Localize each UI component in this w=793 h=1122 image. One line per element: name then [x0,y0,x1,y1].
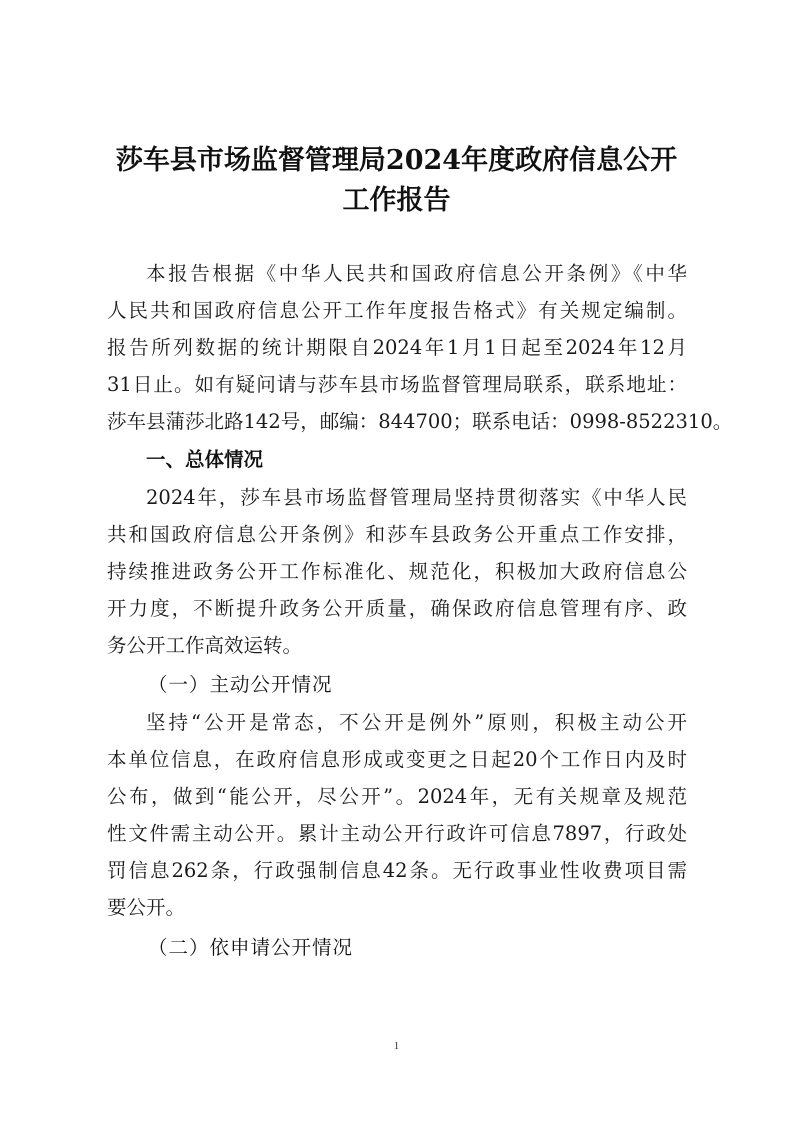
subsection-heading-proactive-disclosure: （一）主动公开情况 [148,672,333,698]
intro-line: 31日止。如有疑问请与莎车县市场监督管理局联系，联系地址： [107,372,687,398]
overview-line: 持续推进政务公开工作标准化、规范化，积极加大政府信息公 [107,559,687,585]
overview-line: 务公开工作高效运转。 [107,633,687,659]
proactive-line: 性文件需主动公开。累计主动公开行政许可信息7897，行政处 [107,821,687,847]
section-heading-overview: 一、总体情况 [146,447,263,473]
subsection-heading-request-disclosure: （二）依申请公开情况 [148,935,353,961]
document-page: 莎车县市场监督管理局2024年度政府信息公开 工作报告 本报告根据《中华人民共和… [0,0,793,1122]
overview-line: 共和国政府信息公开条例》和莎车县政务公开重点工作安排， [107,522,687,548]
overview-line: 2024年，莎车县市场监督管理局坚持贯彻落实《中华人民 [146,485,687,511]
proactive-line: 要公开。 [107,895,687,921]
document-title-line-2: 工作报告 [0,180,793,222]
page-number: 1 [0,1040,793,1052]
intro-line: 人民共和国政府信息公开工作年度报告格式》有关规定编制。 [107,298,687,324]
intro-line: 报告所列数据的统计期限自2024年1月1日起至2024年12月 [107,335,687,361]
proactive-line: 公布，做到“能公开，尽公开”。2024年，无有关规章及规范 [107,784,687,810]
proactive-line: 本单位信息，在政府信息形成或变更之日起20个工作日内及时 [107,747,687,773]
overview-line: 开力度，不断提升政务公开质量，确保政府信息管理有序、政 [107,596,687,622]
intro-line: 莎车县蒲莎北路142号，邮编：844700；联系电话：0998-8522310。 [107,409,687,435]
document-title-line-1: 莎车县市场监督管理局2024年度政府信息公开 [0,140,793,182]
proactive-line: 坚持“公开是常态，不公开是例外”原则，积极主动公开 [146,710,687,736]
proactive-line: 罚信息262条，行政强制信息42条。无行政事业性收费项目需 [107,858,687,884]
intro-line: 本报告根据《中华人民共和国政府信息公开条例》《中华 [146,261,687,287]
